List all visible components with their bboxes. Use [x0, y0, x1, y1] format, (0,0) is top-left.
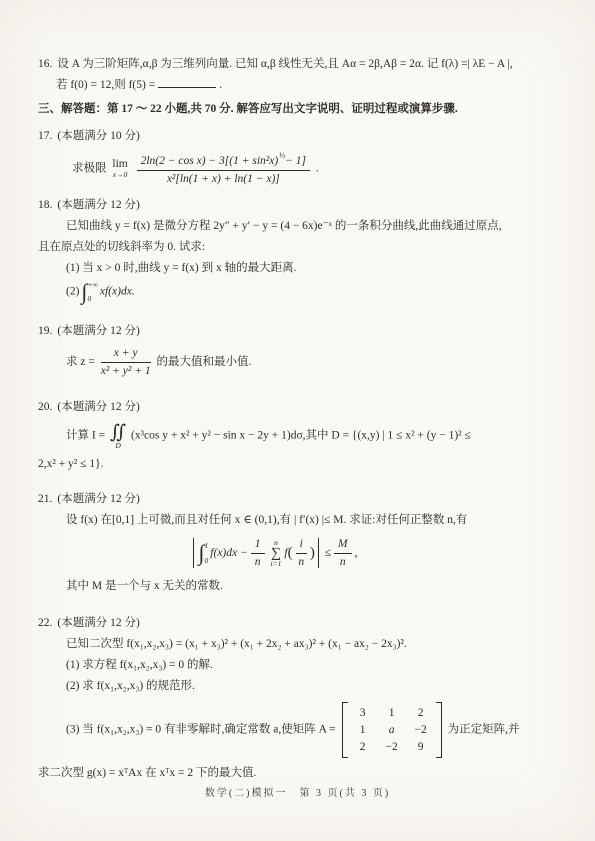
q21-fraction-in: in [296, 537, 307, 570]
question-20-line1: 计算 I = ∬ D (x³cos y + x² + y² − sin x − … [38, 423, 569, 449]
question-20-number: 20. [38, 401, 52, 413]
exam-content: 16.设 A 为三阶矩阵,α,β 为三维列向量. 已知 α,β 线性无关,且 A… [38, 54, 569, 784]
question-19-formula: 求 z = x + y x² + y² + 1 的最大值和最小值. [38, 346, 569, 379]
question-17-formula: 求极限 lim x→0 2ln(2 − cos x) − 3[(1 + sin²… [38, 151, 569, 187]
matrix-cell: 1 [385, 706, 399, 720]
question-19-points: (本题满分 12 分) [57, 325, 139, 337]
question-21-line1: 设 f(x) 在[0,1] 上可微,而且对任何 x ∈ (0,1),有 | f′… [38, 510, 569, 531]
q22-item3-post: 为正定矩阵,并 [448, 723, 520, 735]
lim-subscript: x→0 [112, 170, 127, 179]
q21-frac1-den: n [251, 554, 265, 570]
q21-relation: ≤ [325, 547, 331, 559]
question-19-number: 19. [38, 325, 52, 337]
abs-bar-right [318, 538, 319, 568]
q21-frac3-den: n [334, 554, 352, 570]
q21-frac2-num: i [296, 537, 307, 554]
q19-fraction: x + y x² + y² + 1 [101, 346, 151, 379]
q17-numerator: 2ln(2 − cos x) − 3[(1 + sin²x)⅓− 1] [137, 151, 310, 171]
q21-rparen: ) [310, 545, 315, 561]
q17-num-b: − 1] [285, 155, 306, 167]
q17-fraction: 2ln(2 − cos x) − 3[(1 + sin²x)⅓− 1] x²[l… [137, 151, 310, 187]
question-22-header: 22.(本题满分 12 分) [38, 613, 569, 634]
q21-frac1-num: 1 [251, 537, 265, 554]
q21-frac3-num: M [334, 537, 352, 554]
q17-period: . [316, 163, 319, 175]
question-22-item1: (1) 求方程 f(x₁,x₂,x₃) = 0 的解. [38, 655, 569, 676]
q22-item3-pre: (3) 当 f(x₁,x₂,x₃) = 0 有非零解时,确定常数 a,使矩阵 A… [66, 723, 336, 735]
q17-lead-text: 求极限 [72, 163, 107, 175]
question-19: 19.(本题满分 12 分) 求 z = x + y x² + y² + 1 的… [38, 321, 569, 379]
question-22-item2: (2) 求 f(x₁,x₂,x₃) 的规范形. [38, 676, 569, 697]
question-18-header: 18.(本题满分 12 分) [38, 195, 569, 216]
question-17: 17.(本题满分 10 分) 求极限 lim x→0 2ln(2 − cos x… [38, 126, 569, 187]
section-3-header: 三、解答题：第 17 ～ 22 小题,共 70 分. 解答应写出文字说明、证明过… [38, 99, 569, 120]
question-22: 22.(本题满分 12 分) 已知二次型 f(x₁,x₂,x₃) = (x₁ +… [38, 613, 569, 784]
matrix-grid: 3121a−22−29 [348, 702, 436, 758]
matrix-cell: 3 [356, 706, 370, 720]
matrix-bracket-right [436, 702, 442, 758]
question-20-header: 20.(本题满分 12 分) [38, 397, 569, 418]
question-21-line2: 其中 M 是一个与 x 无关的常数. [38, 576, 569, 597]
double-integral-operator: ∬ D [110, 423, 126, 449]
integral-limits: +∞0 [87, 279, 97, 305]
q21-comma: , [355, 547, 358, 559]
question-22-number: 22. [38, 617, 52, 629]
integral-limits-q21: 10 [205, 540, 209, 566]
question-18-line1: 已知曲线 y = f(x) 是微分方程 2y″ + y′ − y = (4 − … [38, 216, 569, 237]
q18-item2-body: xf(x)dx. [100, 286, 135, 298]
abs-bar-left [193, 538, 194, 568]
question-22-points: (本题满分 12 分) [57, 617, 139, 629]
question-16-line1: 16.设 A 为三阶矩阵,α,β 为三维列向量. 已知 α,β 线性无关,且 A… [38, 54, 569, 75]
q20-lead-text: 计算 I = [66, 429, 105, 441]
q19-tail-text: 的最大值和最小值. [156, 356, 251, 368]
exam-page: 16.设 A 为三阶矩阵,α,β 为三维列向量. 已知 α,β 线性无关,且 A… [0, 0, 595, 841]
question-16-period: . [219, 79, 222, 91]
q21-body-a: f(x)dx − [210, 547, 247, 559]
double-integral-domain: D [115, 442, 120, 449]
question-16-text1: 设 A 为三阶矩阵,α,β 为三维列向量. 已知 α,β 线性无关,且 Aα =… [57, 58, 512, 70]
q17-denominator: x²[ln(1 + x) + ln(1 − x)] [137, 171, 310, 187]
question-21-header: 21.(本题满分 12 分) [38, 489, 569, 510]
question-21-points: (本题满分 12 分) [57, 493, 139, 505]
matrix-cell: 2 [356, 740, 370, 754]
question-20: 20.(本题满分 12 分) 计算 I = ∬ D (x³cos y + x² … [38, 397, 569, 475]
question-18-item2: (2)∫+∞0xf(x)dx. [38, 279, 569, 305]
question-19-header: 19.(本题满分 12 分) [38, 321, 569, 342]
q19-lead-text: 求 z = [66, 356, 95, 368]
matrix-cell: a [385, 723, 399, 737]
matrix-cell: −2 [385, 740, 399, 754]
question-22-item3: (3) 当 f(x₁,x₂,x₃) = 0 有非零解时,确定常数 a,使矩阵 A… [38, 702, 569, 758]
integral-operator-q21: ∫10 [199, 540, 209, 566]
question-22-line1: 已知二次型 f(x₁,x₂,x₃) = (x₁ + x₃)² + (x₁ + 2… [38, 634, 569, 655]
q18-item2-label: (2) [66, 286, 79, 298]
question-20-line2: 2,x² + y² ≤ 1}. [38, 454, 569, 475]
question-20-points: (本题满分 12 分) [57, 401, 139, 413]
integral-upper: +∞ [87, 281, 97, 289]
question-21-number: 21. [38, 493, 52, 505]
q19-numerator: x + y [101, 346, 151, 363]
question-16-number: 16. [38, 58, 52, 70]
question-16: 16.设 A 为三阶矩阵,α,β 为三维列向量. 已知 α,β 线性无关,且 A… [38, 54, 569, 96]
question-18-number: 18. [38, 199, 52, 211]
question-22-lastline: 求二次型 g(x) = xᵀAx 在 xᵀx = 2 下的最大值. [38, 763, 569, 784]
page-footer: 数学(二)模拟一 第 3 页(共 3 页) [0, 784, 595, 799]
question-17-points: (本题满分 10 分) [57, 130, 139, 142]
q21-lparen: ( [288, 545, 293, 561]
q21-frac2-den: n [296, 554, 307, 570]
question-21: 21.(本题满分 12 分) 设 f(x) 在[0,1] 上可微,而且对任何 x… [38, 489, 569, 597]
sum-lower: i=1 [271, 560, 282, 568]
question-17-header: 17.(本题满分 10 分) [38, 126, 569, 147]
lim-glyph: lim [112, 159, 127, 170]
matrix-cell: 1 [356, 723, 370, 737]
q19-denominator: x² + y² + 1 [101, 363, 151, 379]
question-16-text2: 若 f(0) = 12,则 f(5) = [56, 79, 155, 91]
matrix-cell: 9 [414, 740, 428, 754]
double-integral-icon: ∬ [110, 423, 126, 442]
question-18-points: (本题满分 12 分) [57, 199, 139, 211]
question-21-formula: ∫10f(x)dx −1nn∑i=1f(in) ≤Mn, [38, 537, 569, 570]
integral-operator: ∫+∞0 [81, 279, 97, 305]
q21-fraction-1n: 1n [251, 537, 265, 570]
sum-icon: ∑ [271, 547, 281, 560]
q21-fraction-Mn: Mn [334, 537, 352, 570]
question-18-line2: 且在原点处的切线斜率为 0. 试求: [38, 237, 569, 258]
matrix-A: 3121a−22−29 [342, 702, 442, 758]
answer-blank-line [158, 76, 216, 88]
q20-body1: (x³cos y + x² + y² − sin x − 2y + 1)dσ,其… [131, 429, 471, 441]
integral-lower: 0 [87, 295, 97, 303]
question-17-number: 17. [38, 130, 52, 142]
summation-operator: n∑i=1 [271, 539, 282, 567]
q17-num-a: 2ln(2 − cos x) − 3[(1 + sin²x) [141, 155, 279, 167]
matrix-cell: 2 [414, 706, 428, 720]
integral-lower-q21: 0 [205, 557, 209, 565]
question-16-line2: 若 f(0) = 12,则 f(5) =. [38, 75, 569, 96]
question-18: 18.(本题满分 12 分) 已知曲线 y = f(x) 是微分方程 2y″ +… [38, 195, 569, 305]
matrix-cell: −2 [414, 723, 428, 737]
limit-operator: lim x→0 [112, 159, 127, 179]
question-18-item1: (1) 当 x > 0 时,曲线 y = f(x) 到 x 轴的最大距离. [38, 258, 569, 279]
integral-upper-q21: 1 [205, 542, 209, 550]
